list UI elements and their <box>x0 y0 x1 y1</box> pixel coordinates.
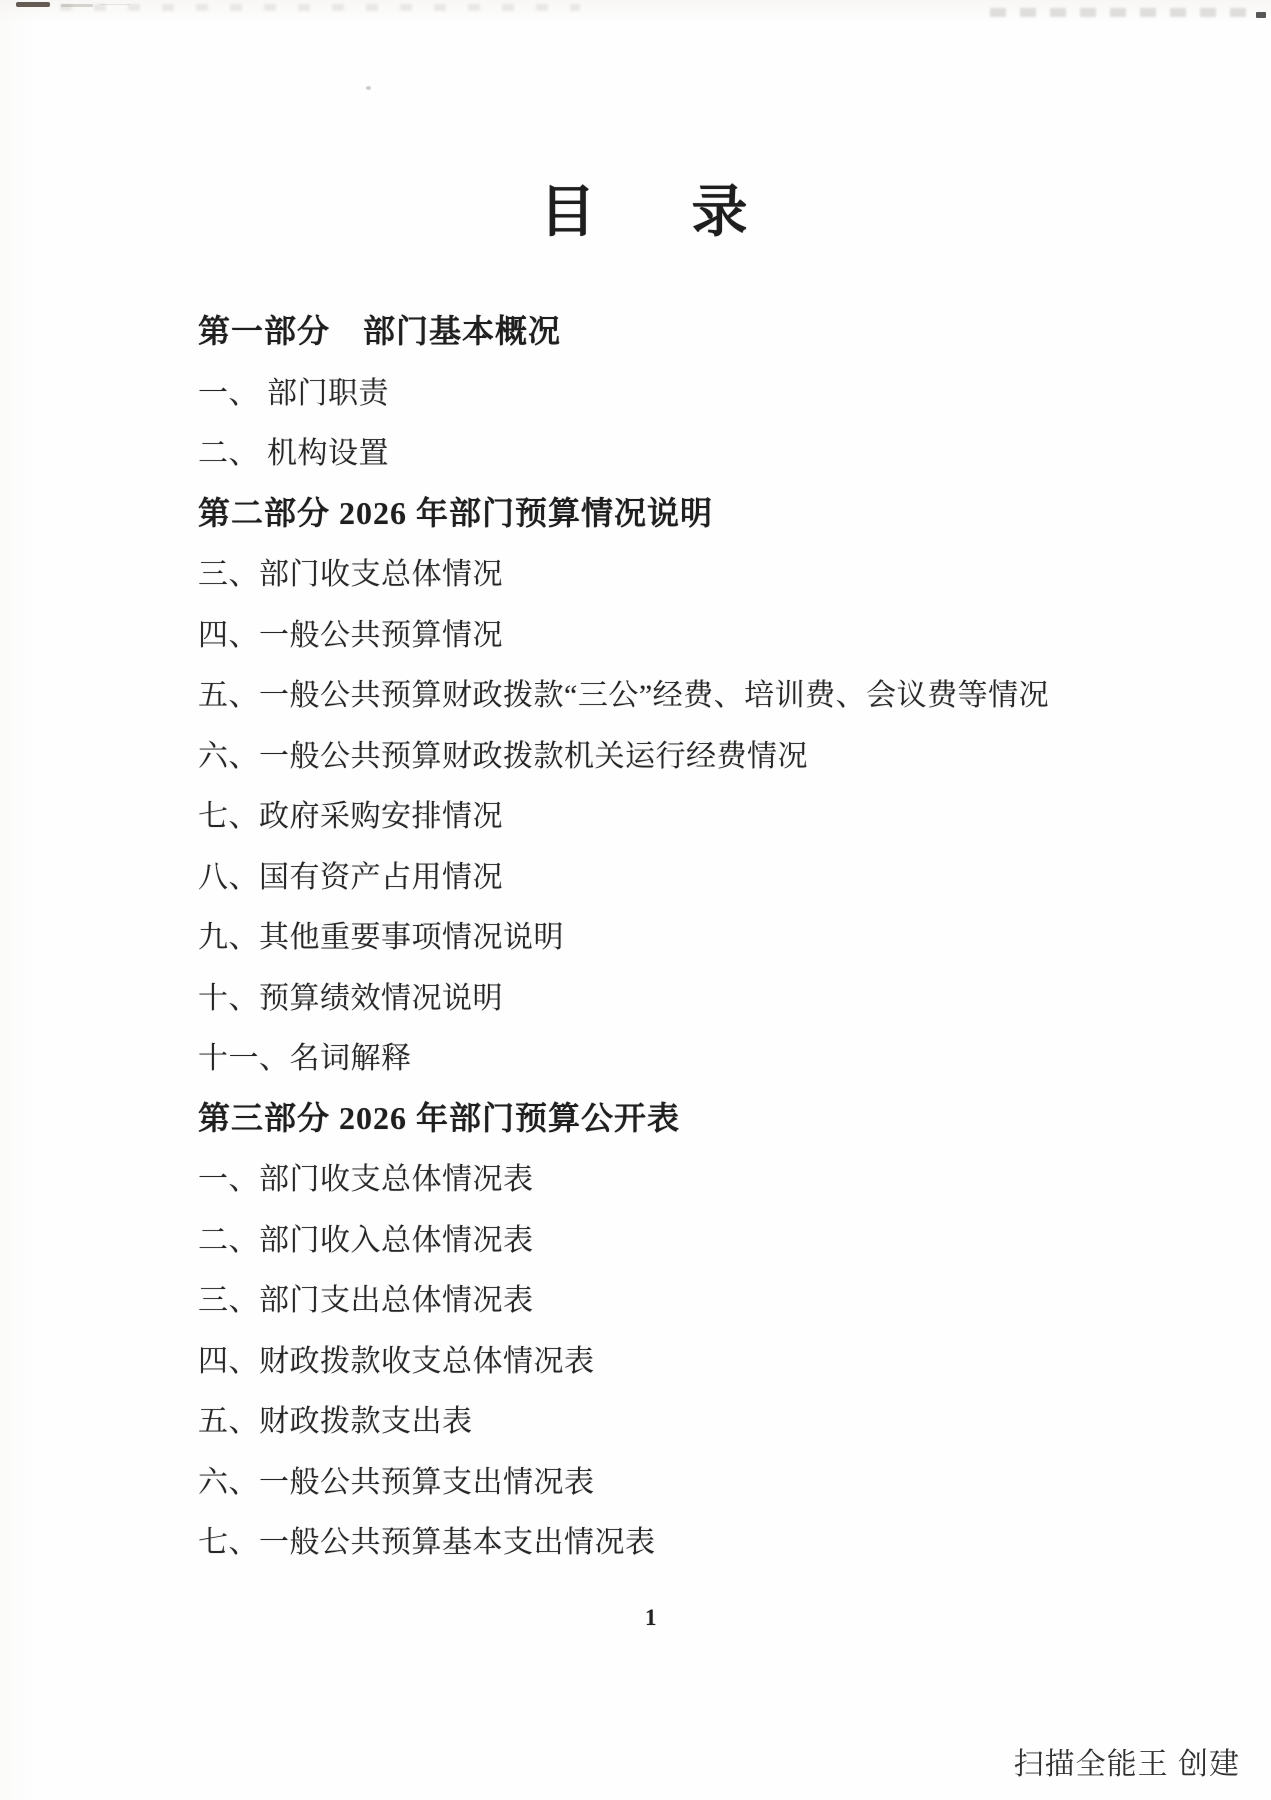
toc-section-heading: 第二部分 2026 年部门预算情况说明 <box>198 481 1231 542</box>
scanner-watermark-text: 扫描全能王 创建 <box>1014 1739 1240 1783</box>
toc-item: 七、政府采购安排情况 <box>198 783 1231 844</box>
toc-section-heading: 第一部分 部门基本概况 <box>198 299 1231 360</box>
toc-item: 二、部门收入总体情况表 <box>198 1207 1231 1268</box>
toc-item: 一、 部门职责 <box>198 360 1231 421</box>
page-title: 目录 <box>0 168 1271 230</box>
scan-streak-top-right <box>990 8 1248 17</box>
toc-item: 六、一般公共预算支出情况表 <box>198 1449 1231 1510</box>
toc-item: 十、预算绩效情况说明 <box>198 965 1231 1026</box>
toc-item: 三、部门支出总体情况表 <box>198 1267 1231 1328</box>
scan-speck <box>366 86 371 90</box>
toc-item: 十一、名词解释 <box>198 1025 1231 1086</box>
toc-item: 一、部门收支总体情况表 <box>198 1146 1231 1207</box>
toc-item: 二、 机构设置 <box>198 420 1231 481</box>
toc-item: 五、财政拨款支出表 <box>198 1388 1231 1449</box>
page-number: 1 <box>645 1605 657 1631</box>
scan-dot-top-right <box>1256 12 1266 18</box>
toc-item: 九、其他重要事项情况说明 <box>198 904 1231 965</box>
toc-list: 第一部分 部门基本概况一、 部门职责二、 机构设置第二部分 2026 年部门预算… <box>198 299 1231 1570</box>
toc-item: 六、一般公共预算财政拨款机关运行经费情况 <box>198 723 1231 784</box>
scanned-document-page: 目录 第一部分 部门基本概况一、 部门职责二、 机构设置第二部分 2026 年部… <box>0 0 1271 1800</box>
toc-section-heading: 第三部分 2026 年部门预算公开表 <box>198 1086 1231 1147</box>
scan-smudge-top-left <box>16 2 50 7</box>
toc-item: 四、财政拨款收支总体情况表 <box>198 1328 1231 1389</box>
toc-item: 七、一般公共预算基本支出情况表 <box>198 1509 1231 1570</box>
toc-item: 四、一般公共预算情况 <box>198 602 1231 663</box>
title-char-second: 录 <box>692 182 748 244</box>
toc-item: 八、国有资产占用情况 <box>198 844 1231 905</box>
toc-item: 三、部门收支总体情况 <box>198 541 1231 602</box>
title-char-first: 目 <box>540 182 596 244</box>
toc-item: 五、一般公共预算财政拨款“三公”经费、培训费、会议费等情况 <box>198 662 1231 723</box>
scan-streak-top-left <box>60 4 580 11</box>
